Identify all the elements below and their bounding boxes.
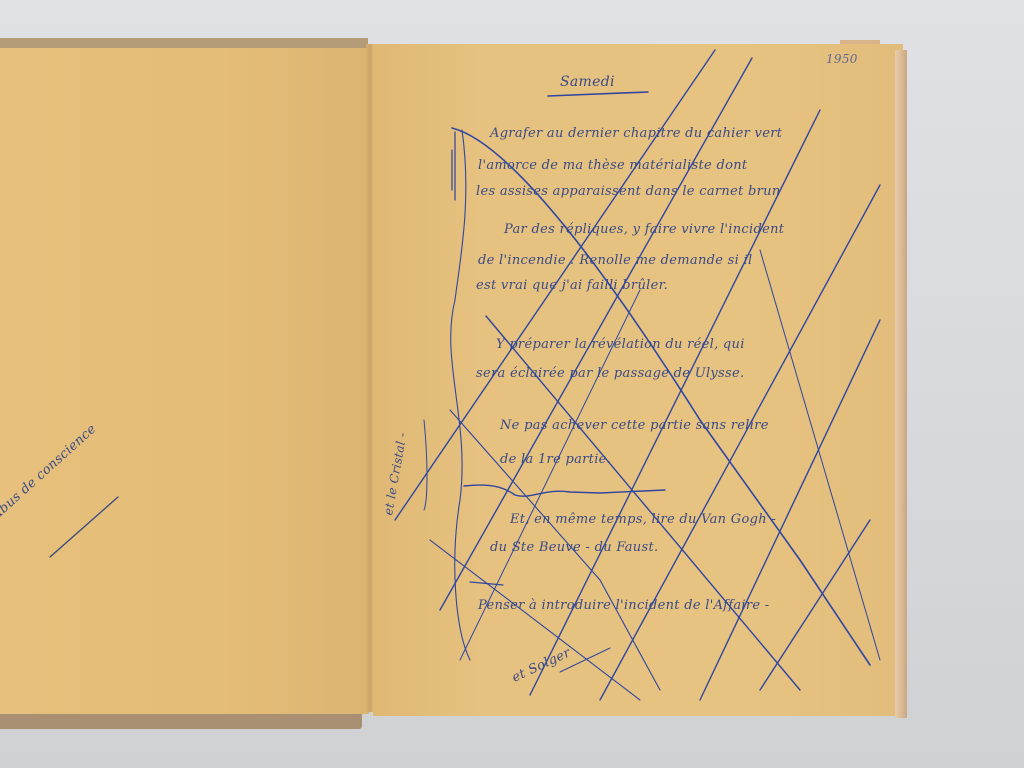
strike-through-lines bbox=[0, 0, 1024, 768]
